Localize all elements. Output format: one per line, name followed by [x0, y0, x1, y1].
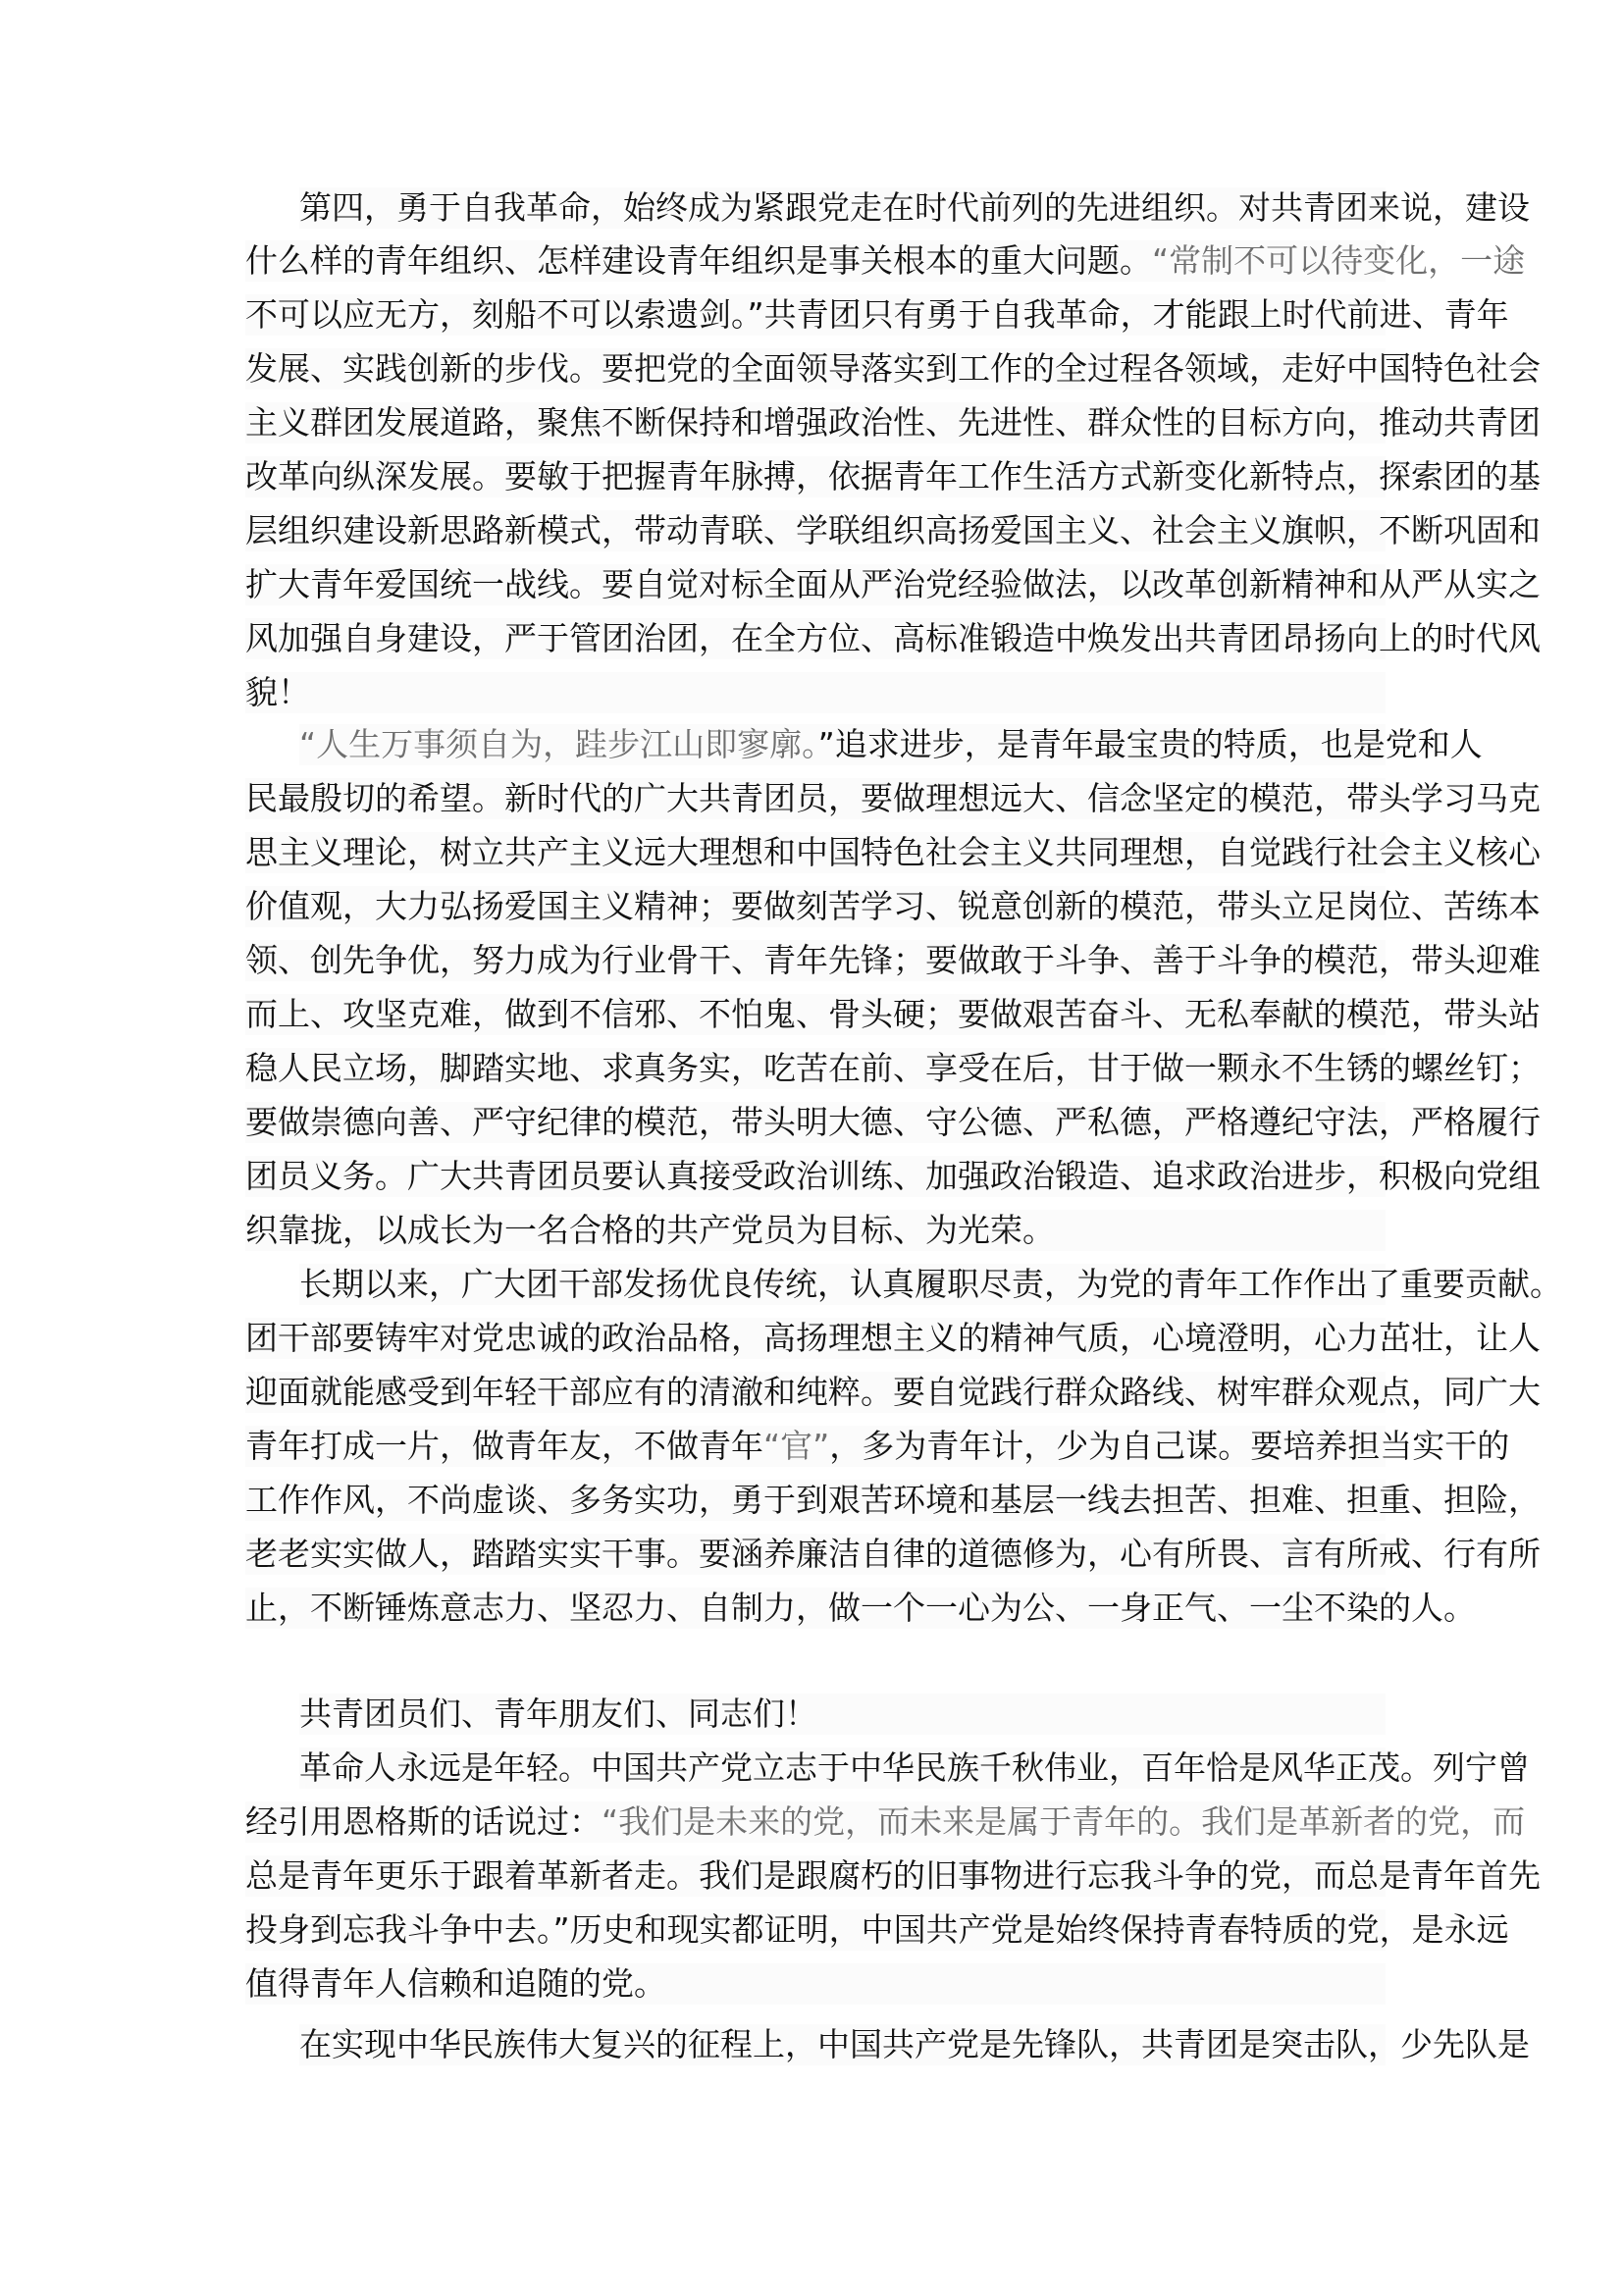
text-line: 团员义务。广大共青团员要认真接受政治训练、加强政治锻造、追求政治进步，积极向党组 [245, 1156, 1386, 1197]
text-line: 第四，勇于自我革命，始终成为紧跟党走在时代前列的先进组织。对共青团来说，建设 [299, 187, 1386, 229]
body-text: ”历史和现实都证明，中国共产党是始终保持青春特质的党，是永远 [553, 1910, 1509, 1949]
body-text: 层组织建设新思路新模式，带动青联、学联组织高扬爱国主义、社会主义旗帜，不断巩固和 [245, 511, 1541, 549]
text-line: 不可以应无方，刻船不可以索遗剑。”共青团只有勇于自我革命，才能跟上时代前进、青年 [245, 294, 1386, 336]
body-text: 团员义务。广大共青团员要认真接受政治训练、加强政治锻造、追求政治进步，积极向党组 [245, 1157, 1541, 1195]
text-line: 长期以来，广大团干部发扬优良传统，认真履职尽责，为党的青年工作作出了重要贡献。 [299, 1264, 1386, 1305]
text-line: 稳人民立场，脚踏实地、求真务实，吃苦在前、享受在后，甘于做一颗永不生锈的螺丝钉； [245, 1048, 1386, 1089]
body-text: 领、创先争优，努力成为行业骨干、青年先锋；要做敢于斗争、善于斗争的模范，带头迎难 [245, 941, 1541, 979]
body-text: 青年打成一片，做青年友，不做青年 [245, 1427, 763, 1465]
body-text: ”追求进步，是青年最宝贵的特质，也是党和人 [818, 725, 1483, 763]
body-text: 发展、实践创新的步伐。要把党的全面领导落实到工作的全过程各领域，走好中国特色社会 [245, 349, 1541, 388]
text-line: 工作作风，不尚虚谈、多务实功，勇于到艰苦环境和基层一线去担苦、担难、担重、担险， [245, 1480, 1386, 1521]
text-line: 民最殷切的希望。新时代的广大共青团员，要做理想远大、信念坚定的模范，带头学习马克 [245, 778, 1386, 819]
text-line: 思主义理论，树立共产主义远大理想和中国特色社会主义共同理想，自觉践行社会主义核心 [245, 832, 1386, 873]
body-text: ”共青团只有勇于自我革命，才能跟上时代前进、青年 [748, 295, 1509, 334]
body-text: 织靠拢，以成长为一名合格的共产党员为目标、为光荣。 [245, 1211, 1055, 1249]
text-line: “人生万事须自为，跬步江山即寥廓。”追求进步，是青年最宝贵的特质，也是党和人 [299, 724, 1386, 765]
quoted-text: “常制不可以待变化，一途 [1152, 241, 1525, 280]
body-text: 第四，勇于自我革命，始终成为紧跟党走在时代前列的先进组织。对共青团来说，建设 [299, 188, 1530, 227]
body-text: 团干部要铸牢对党忠诚的政治品格，高扬理想主义的精神气质，心境澄明，心力茁壮，让人 [245, 1319, 1541, 1357]
text-line: 貌！ [245, 672, 1386, 713]
body-text: 而上、攻坚克难，做到不信邪、不怕鬼、骨头硬；要做艰苦奋斗、无私奉献的模范，带头站 [245, 995, 1541, 1033]
text-line: 价值观，大力弘扬爱国主义精神；要做刻苦学习、锐意创新的模范，带头立足岗位、苦练本 [245, 886, 1386, 927]
body-text: 老老实实做人，踏踏实实干事。要涵养廉洁自律的道德修为，心有所畏、言有所戒、行有所 [245, 1535, 1541, 1573]
body-text: 经引用恩格斯的话说过： [245, 1802, 602, 1841]
text-line: 总是青年更乐于跟着革新者走。我们是跟腐朽的旧事物进行忘我斗争的党，而总是青年首先 [245, 1855, 1386, 1897]
text-line: 风加强自身建设，严于管团治团，在全方位、高标准锻造中焕发出共青团昂扬向上的时代风 [245, 618, 1386, 659]
body-text: 稳人民立场，脚踏实地、求真务实，吃苦在前、享受在后，甘于做一颗永不生锈的螺丝钉； [245, 1049, 1541, 1087]
text-line: 青年打成一片，做青年友，不做青年“官”，多为青年计，少为自己谋。要培养担当实干的 [245, 1426, 1386, 1467]
text-line: 扩大青年爱国统一战线。要自觉对标全面从严治党经验做法，以改革创新精神和从严从实之 [245, 564, 1386, 605]
body-text: 改革向纵深发展。要敏于把握青年脉搏，依据青年工作生活方式新变化新特点，探索团的基 [245, 457, 1541, 496]
body-text: 貌！ [245, 673, 310, 711]
body-text: 总是青年更乐于跟着革新者走。我们是跟腐朽的旧事物进行忘我斗争的党，而总是青年首先 [245, 1856, 1541, 1895]
text-line: 在实现中华民族伟大复兴的征程上，中国共产党是先锋队，共青团是突击队，少先队是 [299, 2024, 1386, 2065]
quoted-text: “官” [763, 1427, 829, 1465]
text-line: 经引用恩格斯的话说过：“我们是未来的党，而未来是属于青年的。我们是革新者的党，而 [245, 1801, 1386, 1843]
body-text: 共青团员们、青年朋友们、同志们！ [299, 1695, 817, 1733]
body-text: 思主义理论，树立共产主义远大理想和中国特色社会主义共同理想，自觉践行社会主义核心 [245, 833, 1541, 871]
text-line: 领、创先争优，努力成为行业骨干、青年先锋；要做敢于斗争、善于斗争的模范，带头迎难 [245, 940, 1386, 981]
document-page: 第四，勇于自我革命，始终成为紧跟党走在时代前列的先进组织。对共青团来说，建设什么… [0, 0, 1623, 2296]
text-line: 什么样的青年组织、怎样建设青年组织是事关根本的重大问题。“常制不可以待变化，一途 [245, 240, 1386, 282]
body-text: 革命人永远是年轻。中国共产党立志于中华民族千秋伟业，百年恰是风华正茂。列宁曾 [299, 1748, 1530, 1787]
text-line: 投身到忘我斗争中去。”历史和现实都证明，中国共产党是始终保持青春特质的党，是永远 [245, 1909, 1386, 1951]
body-text: 主义群团发展道路，聚焦不断保持和增强政治性、先进性、群众性的目标方向，推动共青团 [245, 403, 1541, 442]
body-text: 投身到忘我斗争中去。 [245, 1910, 553, 1949]
text-line: 迎面就能感受到年轻干部应有的清澈和纯粹。要自觉践行群众路线、树牢群众观点，同广大 [245, 1372, 1386, 1413]
text-line: 而上、攻坚克难，做到不信邪、不怕鬼、骨头硬；要做艰苦奋斗、无私奉献的模范，带头站 [245, 994, 1386, 1035]
text-line: 织靠拢，以成长为一名合格的共产党员为目标、为光荣。 [245, 1210, 1386, 1251]
text-line: 层组织建设新思路新模式，带动青联、学联组织高扬爱国主义、社会主义旗帜，不断巩固和 [245, 510, 1386, 551]
text-line: 止，不断锤炼意志力、坚忍力、自制力，做一个一心为公、一身正气、一尘不染的人。 [245, 1588, 1386, 1629]
body-text: 扩大青年爱国统一战线。要自觉对标全面从严治党经验做法，以改革创新精神和从严从实之 [245, 565, 1541, 603]
text-line: 老老实实做人，踏踏实实干事。要涵养廉洁自律的道德修为，心有所畏、言有所戒、行有所 [245, 1534, 1386, 1575]
text-line: 革命人永远是年轻。中国共产党立志于中华民族千秋伟业，百年恰是风华正茂。列宁曾 [299, 1748, 1386, 1789]
body-text: 长期以来，广大团干部发扬优良传统，认真履职尽责，为党的青年工作作出了重要贡献。 [299, 1265, 1562, 1303]
text-line: 发展、实践创新的步伐。要把党的全面领导落实到工作的全过程各领域，走好中国特色社会 [245, 348, 1386, 390]
quoted-text: “我们是未来的党，而未来是属于青年的。我们是革新者的党，而 [602, 1802, 1525, 1841]
body-text: 工作作风，不尚虚谈、多务实功，勇于到艰苦环境和基层一线去担苦、担难、担重、担险， [245, 1481, 1541, 1519]
body-text: 迎面就能感受到年轻干部应有的清澈和纯粹。要自觉践行群众路线、树牢群众观点，同广大 [245, 1373, 1541, 1411]
body-text: 不可以应无方，刻船不可以索遗剑。 [245, 295, 748, 334]
text-line: 主义群团发展道路，聚焦不断保持和增强政治性、先进性、群众性的目标方向，推动共青团 [245, 402, 1386, 444]
text-line: 改革向纵深发展。要敏于把握青年脉搏，依据青年工作生活方式新变化新特点，探索团的基 [245, 456, 1386, 497]
text-line: 共青团员们、青年朋友们、同志们！ [299, 1694, 1386, 1735]
body-text: ，多为青年计，少为自己谋。要培养担当实干的 [829, 1427, 1509, 1465]
body-text: 风加强自身建设，严于管团治团，在全方位、高标准锻造中焕发出共青团昂扬向上的时代风 [245, 619, 1541, 657]
text-line: 团干部要铸牢对党忠诚的政治品格，高扬理想主义的精神气质，心境澄明，心力茁壮，让人 [245, 1318, 1386, 1359]
body-text: 值得青年人信赖和追随的党。 [245, 1964, 666, 2003]
text-line: 要做崇德向善、严守纪律的模范，带头明大德、守公德、严私德，严格遵纪守法，严格履行 [245, 1102, 1386, 1143]
body-text: 在实现中华民族伟大复兴的征程上，中国共产党是先锋队，共青团是突击队，少先队是 [299, 2025, 1530, 2063]
body-text: 什么样的青年组织、怎样建设青年组织是事关根本的重大问题。 [245, 241, 1152, 280]
body-text: 止，不断锤炼意志力、坚忍力、自制力，做一个一心为公、一身正气、一尘不染的人。 [245, 1589, 1476, 1627]
body-text: 价值观，大力弘扬爱国主义精神；要做刻苦学习、锐意创新的模范，带头立足岗位、苦练本 [245, 887, 1541, 925]
body-text: 要做崇德向善、严守纪律的模范，带头明大德、守公德、严私德，严格遵纪守法，严格履行 [245, 1103, 1541, 1141]
quoted-text: “人生万事须自为，跬步江山即寥廓。 [299, 725, 818, 763]
text-line: 值得青年人信赖和追随的党。 [245, 1963, 1386, 2005]
body-text: 民最殷切的希望。新时代的广大共青团员，要做理想远大、信念坚定的模范，带头学习马克 [245, 779, 1541, 817]
